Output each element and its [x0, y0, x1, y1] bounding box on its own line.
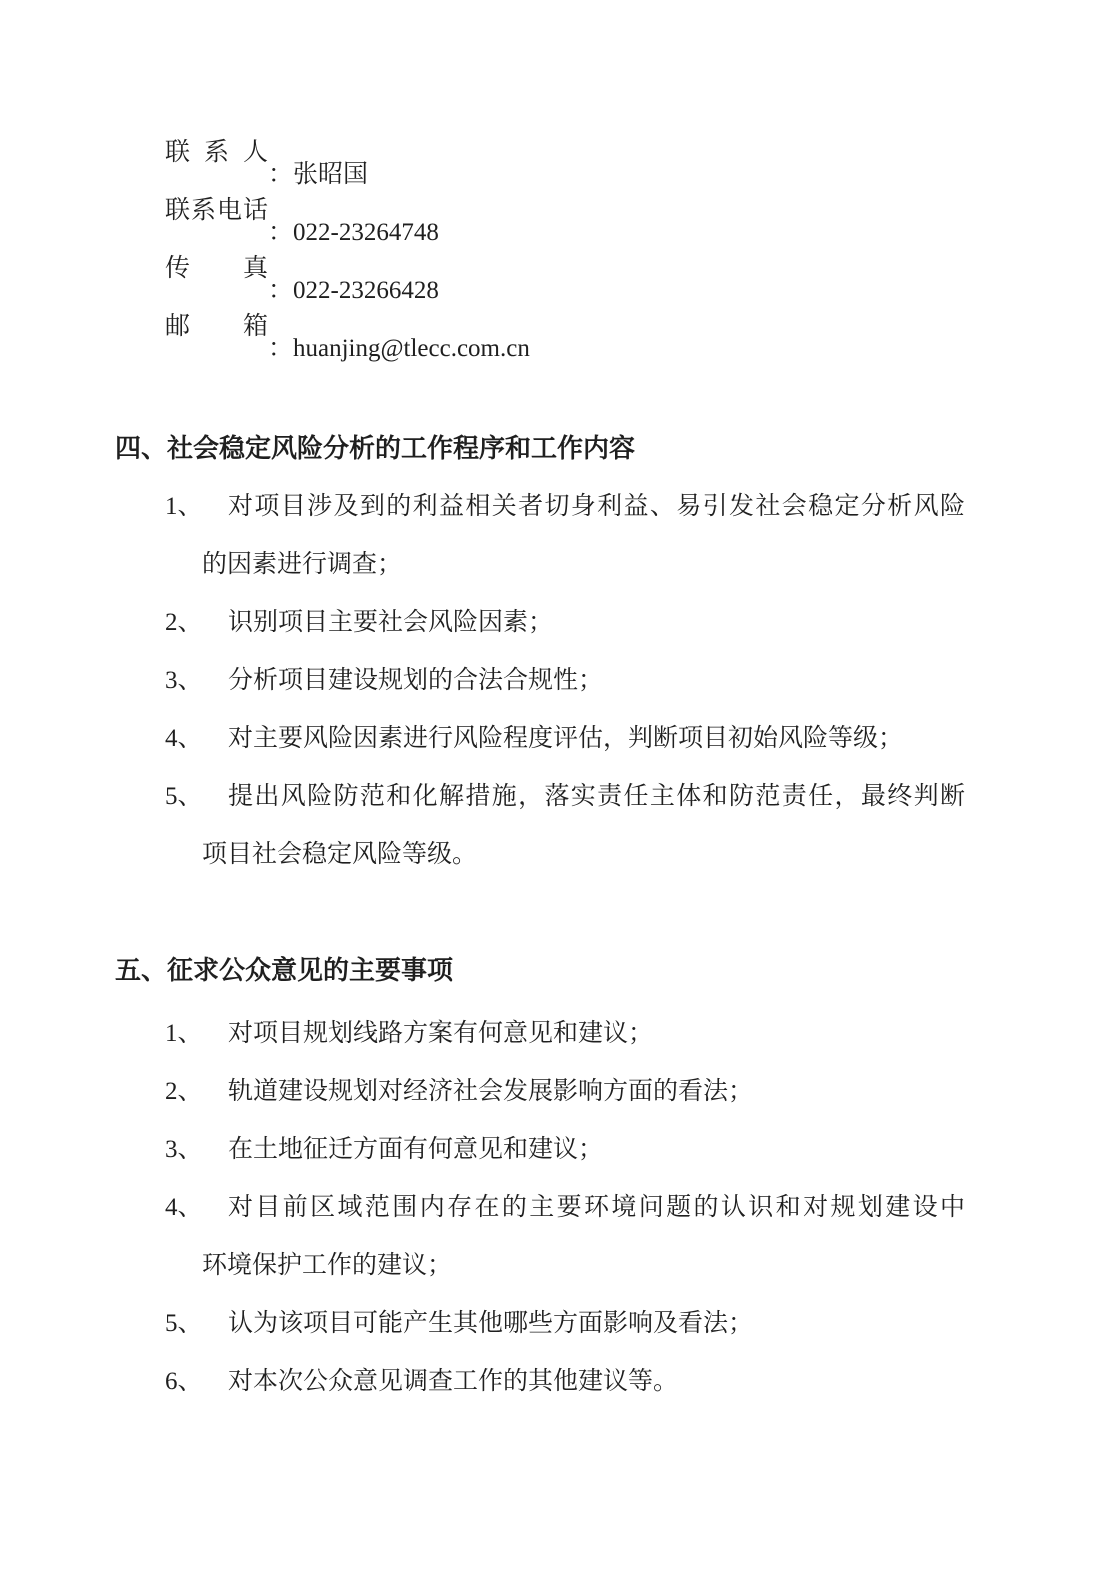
list-item: 5、提出风险防范和化解措施，落实责任主体和防范责任，最终判断项目社会稳定风险等级…: [202, 768, 966, 884]
list-item: 5、认为该项目可能产生其他哪些方面影响及看法；: [202, 1295, 966, 1353]
contact-row: 邮 箱：huanjing@tlecc.com.cn: [165, 298, 1114, 356]
contact-label: 传 真: [165, 240, 268, 298]
item-line: 识别项目主要社会风险因素；: [228, 594, 966, 652]
contact-value: huanjing@tlecc.com.cn: [293, 320, 530, 378]
list-item: 2、轨道建设规划对经济社会发展影响方面的看法；: [202, 1063, 966, 1121]
item-line: 在土地征迁方面有何意见和建议；: [228, 1121, 966, 1179]
contact-label: 联 系 人: [165, 124, 268, 182]
item-line: 对本次公众意见调查工作的其他建议等。: [228, 1353, 966, 1411]
item-line: 对项目规划线路方案有何意见和建议；: [228, 1005, 966, 1063]
list-item: 1、对项目涉及到的利益相关者切身利益、易引发社会稳定分析风险的因素进行调查；: [202, 478, 966, 594]
item-line: 轨道建设规划对经济社会发展影响方面的看法；: [228, 1063, 966, 1121]
document-section: 四、社会稳定风险分析的工作程序和工作内容1、对项目涉及到的利益相关者切身利益、易…: [0, 420, 1114, 884]
item-line: 认为该项目可能产生其他哪些方面影响及看法；: [228, 1295, 966, 1353]
item-list: 1、对项目涉及到的利益相关者切身利益、易引发社会稳定分析风险的因素进行调查；2、…: [0, 478, 1114, 884]
contact-row: 传 真：022-23266428: [165, 240, 1114, 298]
item-number: 4、: [165, 710, 203, 768]
contact-row: 联系电话：022-23264748: [165, 182, 1114, 240]
contact-colon: ：: [268, 320, 293, 378]
item-line: 提出风险防范和化解措施，落实责任主体和防范责任，最终判断: [228, 768, 965, 826]
item-number: 3、: [165, 1121, 203, 1179]
contact-row: 联 系 人：张昭国: [165, 124, 1114, 182]
list-item: 4、对主要风险因素进行风险程度评估，判断项目初始风险等级；: [202, 710, 966, 768]
item-number: 5、: [165, 1295, 203, 1353]
item-line: 对主要风险因素进行风险程度评估，判断项目初始风险等级；: [228, 710, 966, 768]
item-line: 对项目涉及到的利益相关者切身利益、易引发社会稳定分析风险: [228, 478, 965, 536]
list-item: 1、对项目规划线路方案有何意见和建议；: [202, 1005, 966, 1063]
list-item: 6、对本次公众意见调查工作的其他建议等。: [202, 1353, 966, 1411]
item-number: 4、: [165, 1179, 203, 1237]
item-number: 3、: [165, 652, 203, 710]
item-number: 5、: [165, 768, 203, 826]
list-item: 3、分析项目建设规划的合法合规性；: [202, 652, 966, 710]
page: 联 系 人：张昭国联系电话：022-23264748传 真：022-232664…: [0, 0, 1114, 1575]
item-line: 的因素进行调查；: [202, 536, 966, 594]
item-number: 1、: [165, 478, 203, 536]
item-line: 分析项目建设规划的合法合规性；: [228, 652, 966, 710]
item-line: 对目前区域范围内存在的主要环境问题的认识和对规划建设中: [228, 1179, 965, 1237]
contact-label: 邮 箱: [165, 298, 268, 356]
document-body: 四、社会稳定风险分析的工作程序和工作内容1、对项目涉及到的利益相关者切身利益、易…: [0, 420, 1114, 1411]
item-line: 环境保护工作的建议；: [202, 1237, 966, 1295]
item-number: 2、: [165, 1063, 203, 1121]
item-number: 6、: [165, 1353, 203, 1411]
item-number: 2、: [165, 594, 203, 652]
section-heading: 四、社会稳定风险分析的工作程序和工作内容: [115, 420, 1114, 478]
section-heading: 五、征求公众意见的主要事项: [115, 942, 1114, 1000]
list-item: 2、识别项目主要社会风险因素；: [202, 594, 966, 652]
contact-block: 联 系 人：张昭国联系电话：022-23264748传 真：022-232664…: [165, 0, 1114, 356]
list-item: 3、在土地征迁方面有何意见和建议；: [202, 1121, 966, 1179]
item-line: 项目社会稳定风险等级。: [202, 826, 966, 884]
document-section: 五、征求公众意见的主要事项1、对项目规划线路方案有何意见和建议；2、轨道建设规划…: [0, 942, 1114, 1411]
list-item: 4、对目前区域范围内存在的主要环境问题的认识和对规划建设中环境保护工作的建议；: [202, 1179, 966, 1295]
item-number: 1、: [165, 1005, 203, 1063]
contact-label: 联系电话: [165, 182, 268, 240]
item-list: 1、对项目规划线路方案有何意见和建议；2、轨道建设规划对经济社会发展影响方面的看…: [0, 1005, 1114, 1411]
